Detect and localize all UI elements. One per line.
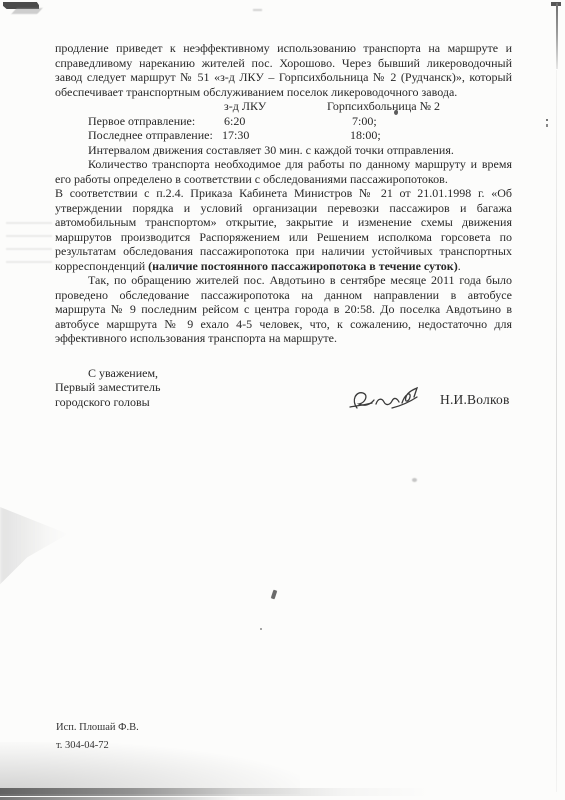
executor-phone: т. 304-04-72 — [56, 737, 139, 755]
interval-line: Интервалом движения составляет 30 мин. с… — [55, 143, 512, 158]
text-segment: В соответствии с п.2.4. Приказа Кабинета… — [55, 186, 512, 200]
text-segment: проведено обследование пассажиропотока н… — [55, 288, 512, 302]
scan-artifact-right-edge-line — [556, 70, 557, 792]
signature-block: Н.И.Волков — [348, 383, 510, 417]
text-segment: Интервалом движения составляет 30 мин. с… — [88, 143, 454, 157]
schedule-time-destination: 18:00; — [350, 128, 381, 143]
scan-artifact-top-right-line — [556, 3, 558, 69]
schedule-row-label: Первое отправление: — [88, 114, 195, 129]
scan-artifact-left-margin-smudge — [6, 222, 52, 266]
schedule-row-first-departure: Первое отправление:6:207:00; — [55, 114, 512, 129]
schedule-time-origin: 17:30 — [222, 128, 249, 143]
para-continuation-line: справедливому нареканию жителей пос. Хор… — [55, 56, 512, 71]
text-segment: справедливому нареканию жителей пос. Хор… — [55, 56, 512, 70]
scan-artifact-bottom-shadow-band — [0, 788, 430, 796]
para-transport-count-line: Количество транспорта необходимое для ра… — [55, 157, 512, 172]
para-order-line: автомобильным транспортом» открытие, зак… — [55, 215, 512, 230]
para-continuation-line: завод следует маршрут № 51 «з-д ЛКУ – Го… — [55, 70, 512, 85]
scan-speck-faint — [412, 478, 417, 482]
para-survey-line: Так, по обращению жителей пос. Авдотьино… — [55, 273, 512, 288]
executor-block: Исп. Плошай Ф.В. т. 304-04-72 — [56, 719, 139, 754]
schedule-row-last-departure: Последнее отправление:17:3018:00; — [55, 128, 512, 143]
para-transport-count-line: его работы определено в соответствии с о… — [55, 172, 512, 187]
text-segment: городского головы — [55, 395, 150, 409]
text-segment: обеспечивает транспортным обслуживанием … — [55, 85, 457, 99]
text-segment: Первый заместитель — [55, 380, 160, 394]
text-segment: эффективного использования транспорта на… — [55, 331, 337, 345]
signature-scribble-icon — [348, 383, 428, 417]
scan-speck-dot — [260, 628, 262, 630]
text-segment: С уважением, — [88, 366, 158, 380]
para-order-line: маршрутов производится Распоряжением или… — [55, 230, 512, 245]
text-segment: завод следует маршрут № 51 «з-д ЛКУ – Го… — [55, 70, 512, 84]
para-order-line: утверждении порядка и условий организаци… — [55, 201, 512, 216]
para-survey-line: автобусе маршрута № 9 ехало 4-5 человек,… — [55, 317, 512, 332]
text-segment: Так, по обращению жителей пос. Авдотьино… — [88, 273, 512, 287]
schedule-time-origin: 6:20 — [224, 114, 245, 129]
text-segment: утверждении порядка и условий организаци… — [55, 201, 512, 215]
scan-speck-right-colon — [546, 119, 548, 127]
text-segment: его работы определено в соответствии с о… — [55, 172, 448, 186]
text-segment: автобусе маршрута № 9 ехало 4-5 человек,… — [55, 317, 512, 331]
schedule-destination-header: Горпсихбольница № 2 — [327, 99, 440, 114]
scan-artifact-left-triangle-smudge — [0, 498, 68, 588]
schedule-header-line: з-д ЛКУГорпсихбольница № 2 — [55, 99, 512, 114]
signatory-name: Н.И.Волков — [440, 392, 510, 408]
scan-artifact-top-right-cap — [551, 2, 561, 6]
schedule-time-destination: 7:00; — [352, 114, 377, 129]
closing-salutation: С уважением, — [55, 366, 512, 381]
scan-speck-center — [271, 590, 278, 600]
para-survey-line: эффективного использования транспорта на… — [55, 331, 512, 346]
para-order-line: В соответствии с п.2.4. Приказа Кабинета… — [55, 186, 512, 201]
para-survey-line: маршрута № 9 последним рейсом с центра г… — [55, 302, 512, 317]
text-segment: Количество транспорта необходимое для ра… — [88, 157, 512, 171]
scan-artifact-top-left-mark — [3, 2, 39, 9]
letter-body: продление приведет к неэффективному испо… — [55, 41, 512, 409]
scanned-letter-page: продление приведет к неэффективному испо… — [0, 0, 565, 800]
text-segment: автомобильным транспортом» открытие, зак… — [55, 215, 512, 229]
para-continuation-line: продление приведет к неэффективному испо… — [55, 41, 512, 56]
executor-name: Исп. Плошай Ф.В. — [56, 719, 139, 737]
text-segment: . — [458, 259, 461, 273]
schedule-row-label: Последнее отправление: — [88, 128, 213, 143]
scan-artifact-bottom-haze — [0, 742, 300, 794]
text-segment: маршрута № 9 последним рейсом с центра г… — [55, 302, 512, 316]
text-segment: корреспонденций — [55, 259, 148, 273]
para-survey-line: проведено обследование пассажиропотока н… — [55, 288, 512, 303]
text-segment: маршрутов производится Распоряжением или… — [55, 230, 512, 244]
para-order-line: корреспонденций (наличие постоянного пас… — [55, 259, 512, 274]
para-order-line: результатам обследования пассажиропотока… — [55, 244, 512, 259]
bold-emphasis: (наличие постоянного пассажиропотока в т… — [148, 259, 458, 273]
scan-artifact-top-left-tail — [11, 8, 42, 14]
schedule-origin-header: з-д ЛКУ — [224, 99, 266, 114]
text-segment: результатам обследования пассажиропотока… — [55, 244, 512, 258]
text-segment: продление приведет к неэффективному испо… — [55, 41, 512, 55]
para-continuation-line: обеспечивает транспортным обслуживанием … — [55, 85, 512, 100]
scan-speck-top-dash — [253, 9, 262, 11]
